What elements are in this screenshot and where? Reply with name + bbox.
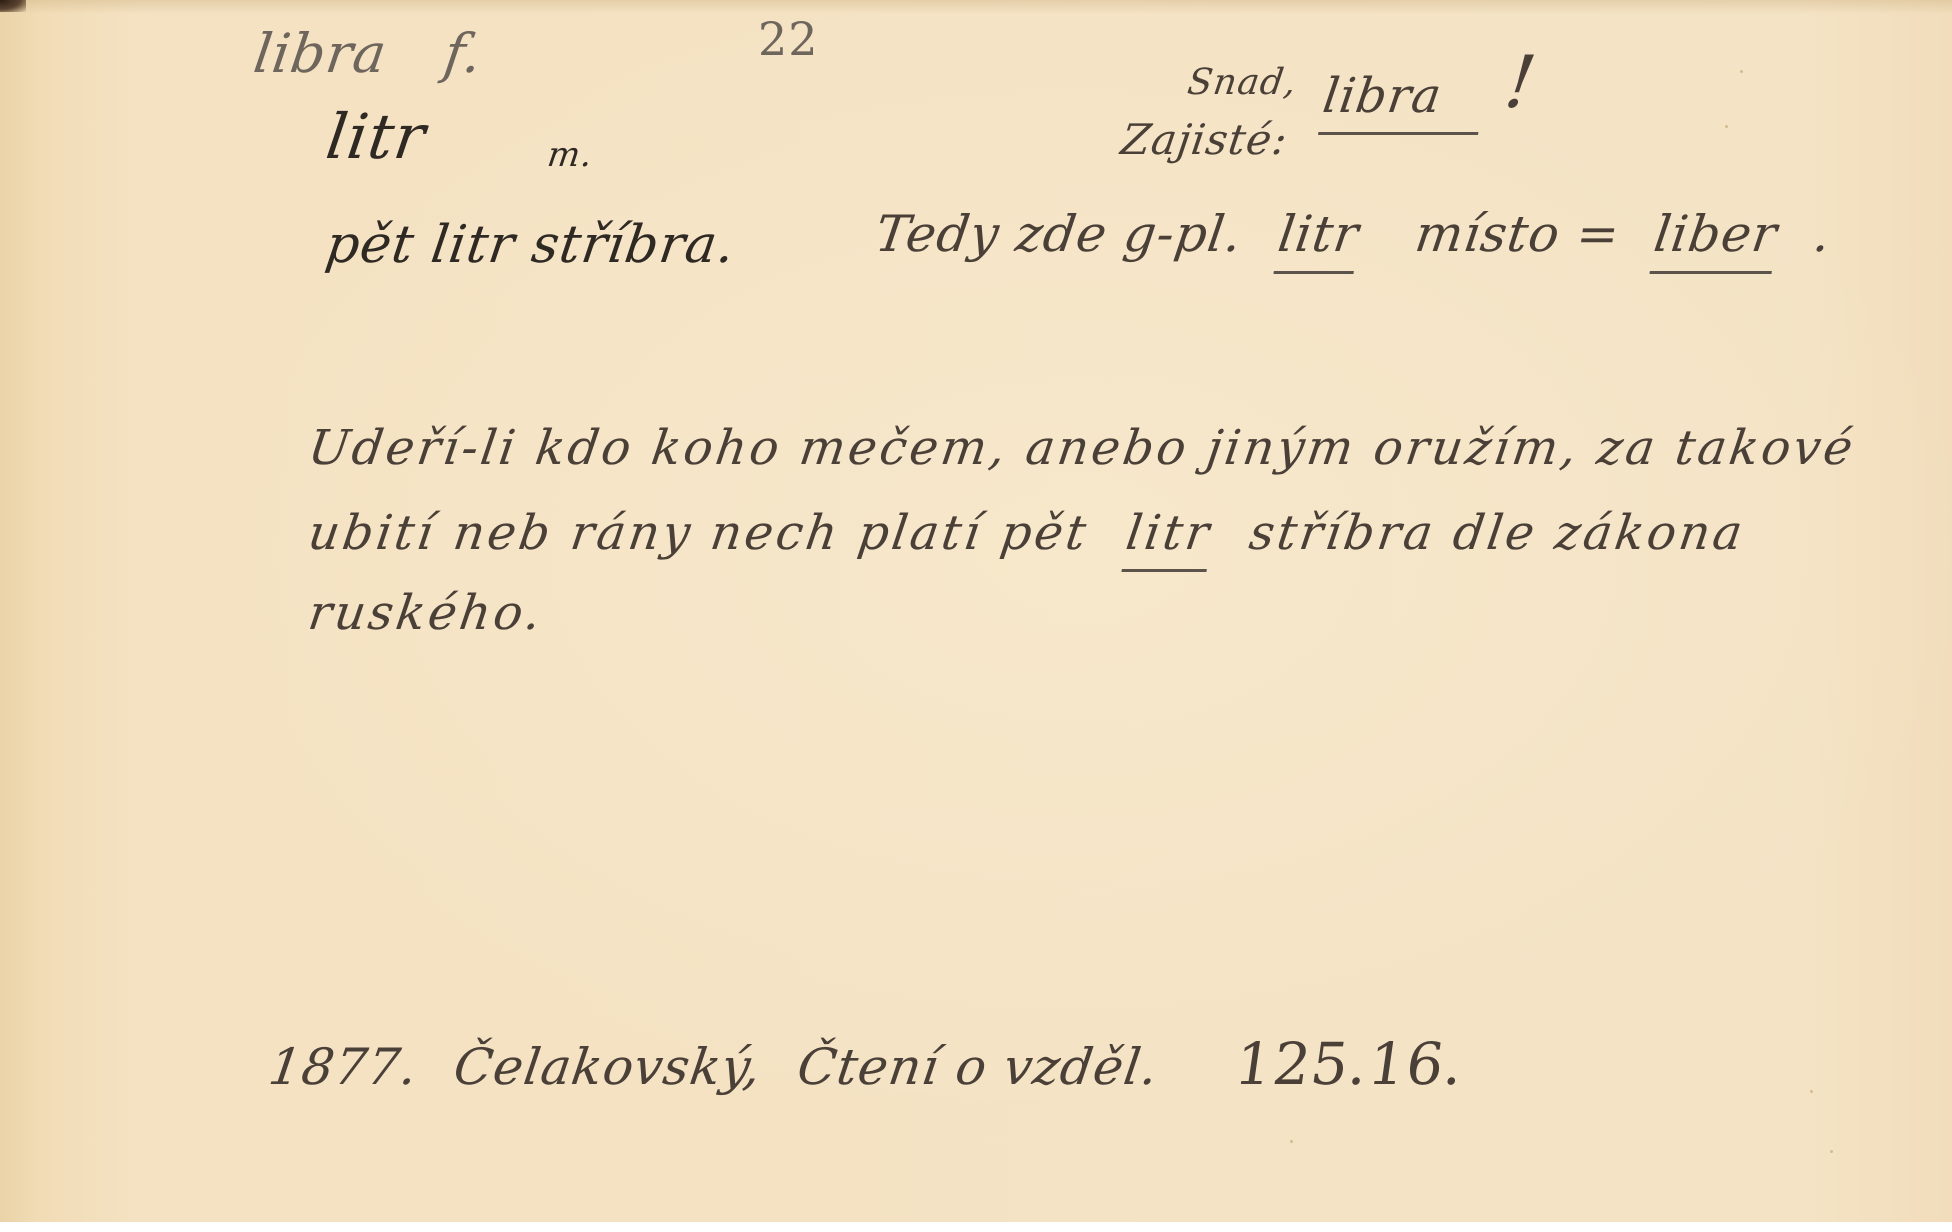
paper-speck <box>1830 1150 1833 1153</box>
headword: libra f. <box>250 22 486 85</box>
quotation-line-1: Udeří-li kdo koho mečem, anebo jiným oru… <box>305 420 1859 476</box>
variant-word: litr <box>322 100 430 173</box>
quotation-line-3: ruského. <box>305 585 547 641</box>
paper-speck <box>1290 1140 1293 1143</box>
source-work: Čtení o vzděl. <box>794 1038 1162 1096</box>
headword-gender: f. <box>440 22 486 85</box>
quotation-line-2-after: stříbra dle zákona <box>1246 505 1749 561</box>
annotation-correction: libra <box>1318 68 1487 135</box>
paper-speck <box>1810 1090 1813 1093</box>
source-location: 125.16. <box>1231 1030 1469 1098</box>
source-citation: 1877. Čelakovský, Čtení o vzděl. 125.16. <box>265 1030 1469 1098</box>
note-middle: místo = <box>1412 205 1624 263</box>
variant-gender: m. <box>545 135 596 175</box>
quotation-line-2: ubití neb rány nech platí pět litr stříb… <box>305 505 1749 561</box>
note-end: . <box>1810 205 1835 263</box>
headword-word: libra <box>250 22 391 85</box>
note-form: litr <box>1273 205 1363 274</box>
paper-speck <box>1740 70 1743 73</box>
annotation-zajiste: Zajisté: <box>1118 115 1291 164</box>
source-year: 1877. <box>265 1038 421 1096</box>
annotation-snad: Snad, <box>1185 62 1300 103</box>
corner-shadow <box>0 0 26 12</box>
note-prefix: Tedy zde g-pl. <box>872 205 1246 263</box>
grammar-note: Tedy zde g-pl. litr místo = liber . <box>872 205 1835 263</box>
quotation-line-2-form: litr <box>1121 505 1215 572</box>
index-card: libra f. 22 litr m. Snad, Zajisté: libra… <box>0 0 1952 1222</box>
page-number: 22 <box>758 12 819 66</box>
example-phrase: pět litr stříbra. <box>322 215 739 275</box>
annotation-exclamation: ! <box>1500 40 1542 124</box>
source-author: Čelakovský, <box>450 1038 765 1096</box>
paper-speck <box>1725 125 1728 128</box>
quotation-line-2-before: ubití neb rány nech platí pět <box>305 505 1092 561</box>
note-expected: liber <box>1649 205 1781 274</box>
